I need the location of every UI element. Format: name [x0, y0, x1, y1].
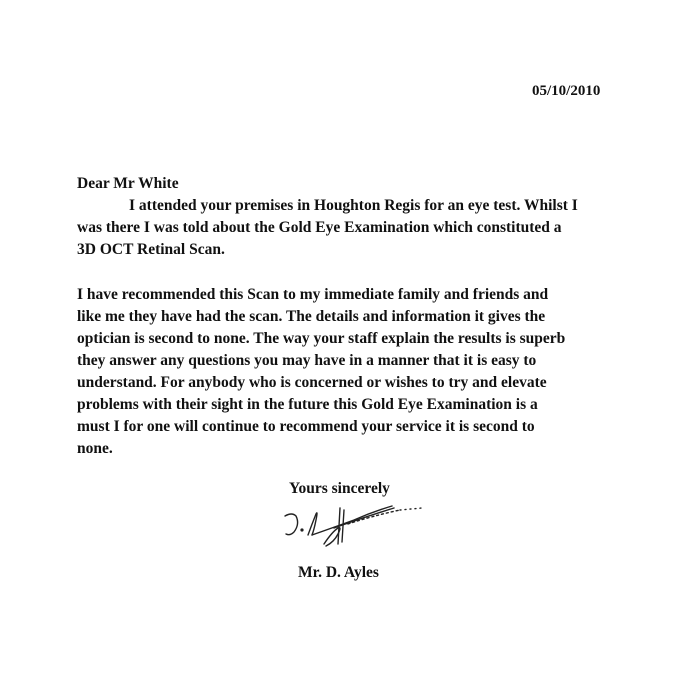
paragraph-2-line: they answer any questions you may have i… — [77, 350, 622, 372]
closing: Yours sincerely — [289, 480, 390, 498]
signatory-name: Mr. D. Ayles — [298, 564, 379, 582]
letter-date: 05/10/2010 — [532, 83, 600, 100]
paragraph-1-line: was there I was told about the Gold Eye … — [77, 217, 622, 239]
paragraph-2-line: none. — [77, 438, 622, 460]
salutation: Dear Mr White — [77, 175, 179, 193]
paragraph-2: I have recommended this Scan to my immed… — [77, 284, 622, 460]
paragraph-1-line: I attended your premises in Houghton Reg… — [77, 195, 622, 217]
paragraph-1: I attended your premises in Houghton Reg… — [77, 195, 622, 261]
signature-icon — [282, 502, 432, 552]
paragraph-2-line: problems with their sight in the future … — [77, 394, 622, 416]
paragraph-2-line: optician is second to none. The way your… — [77, 328, 622, 350]
paragraph-1-line: 3D OCT Retinal Scan. — [77, 239, 622, 261]
paragraph-2-line: understand. For anybody who is concerned… — [77, 372, 622, 394]
paragraph-2-line: must I for one will continue to recommen… — [77, 416, 622, 438]
paragraph-2-line: I have recommended this Scan to my immed… — [77, 284, 622, 306]
paragraph-2-line: like me they have had the scan. The deta… — [77, 306, 622, 328]
